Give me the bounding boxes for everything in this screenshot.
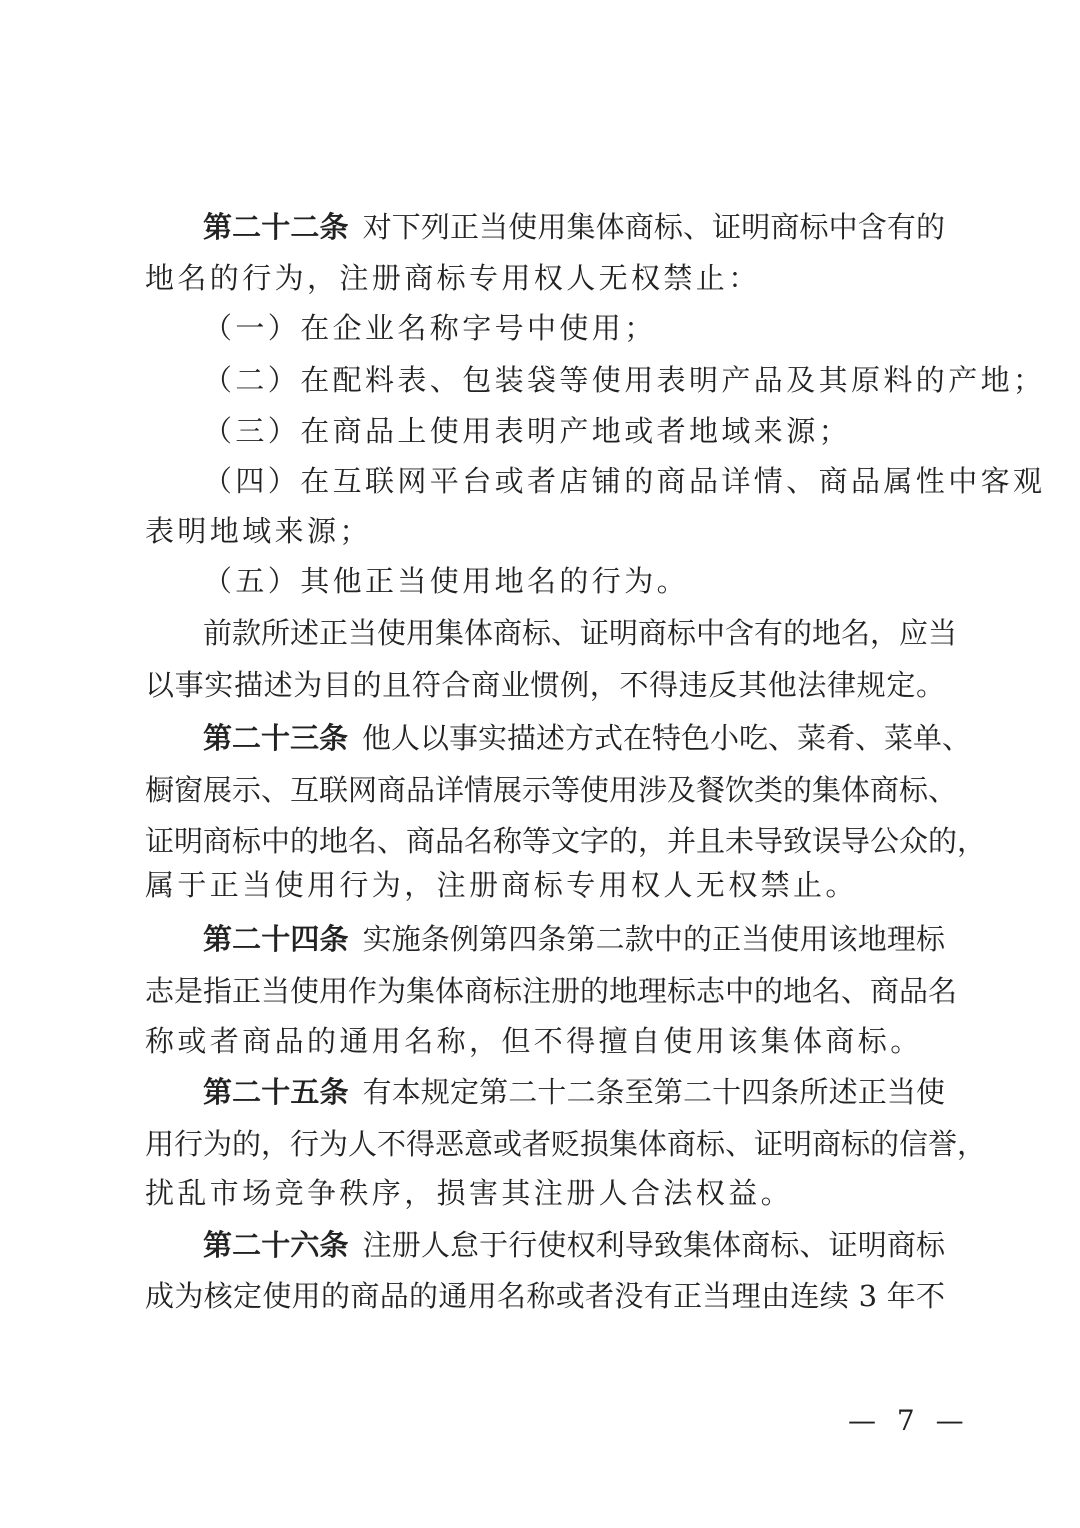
article-text: 对下列正当使用集体商标、证明商标中含有的 xyxy=(363,210,945,244)
article-22-line-1: 第二十二条对下列正当使用集体商标、证明商标中含有的 xyxy=(203,207,945,247)
article-number: 第二十五条 xyxy=(203,1075,349,1109)
article-number: 第二十二条 xyxy=(203,210,349,244)
article-text: 注册人怠于行使权利导致集体商标、证明商标 xyxy=(363,1228,945,1262)
list-marker: （三） xyxy=(203,414,300,448)
article-text: 他人以事实描述方式在特色小吃、菜肴、菜单、 xyxy=(362,721,971,755)
article-23-line-4: 属于正当使用行为，注册商标专用权人无权禁止。 xyxy=(145,865,945,905)
article-number: 第二十三条 xyxy=(203,721,348,755)
article-25-line-2: 用行为的，行为人不得恶意或者贬损集体商标、证明商标的信誉， xyxy=(145,1124,945,1164)
document-page: 第二十二条对下列正当使用集体商标、证明商标中含有的 地名的行为，注册商标专用权人… xyxy=(0,0,1080,1528)
list-item-1: （一）在企业名称字号中使用； xyxy=(203,308,945,348)
list-marker: （四） xyxy=(203,464,300,498)
paragraph-line-2: 以事实描述为目的且符合商业惯例，不得违反其他法律规定。 xyxy=(145,665,945,705)
page-number: — 7 — xyxy=(848,1404,970,1437)
list-marker: （一） xyxy=(203,311,300,345)
article-22-line-2: 地名的行为，注册商标专用权人无权禁止： xyxy=(145,258,945,298)
article-25-line-1: 第二十五条有本规定第二十二条至第二十四条所述正当使 xyxy=(203,1072,945,1112)
article-24-line-2: 志是指正当使用作为集体商标注册的地理标志中的地名、商品名 xyxy=(145,971,945,1011)
article-text: 实施条例第四条第二款中的正当使用该地理标 xyxy=(363,922,945,956)
article-26-line-2: 成为核定使用的商品的通用名称或者没有正当理由连续 3 年不 xyxy=(145,1276,945,1316)
article-number: 第二十四条 xyxy=(203,922,349,956)
article-23-line-3: 证明商标中的地名、商品名称等文字的，并且未导致误导公众的， xyxy=(145,821,945,861)
list-item-2: （二）在配料表、包装袋等使用表明产品及其原料的产地； xyxy=(203,360,945,400)
list-item-4: （四）在互联网平台或者店铺的商品详情、商品属性中客观 xyxy=(203,461,945,501)
list-item-5: （五）其他正当使用地名的行为。 xyxy=(203,561,945,601)
list-text: 在企业名称字号中使用； xyxy=(300,311,656,345)
article-26-line-1: 第二十六条注册人怠于行使权利导致集体商标、证明商标 xyxy=(203,1225,945,1265)
article-24-line-3: 称或者商品的通用名称，但不得擅自使用该集体商标。 xyxy=(145,1021,945,1061)
paragraph-line-1: 前款所述正当使用集体商标、证明商标中含有的地名，应当 xyxy=(203,613,945,653)
article-text: 有本规定第二十二条至第二十四条所述正当使 xyxy=(363,1075,945,1109)
list-item-3: （三）在商品上使用表明产地或者地域来源； xyxy=(203,411,945,451)
list-marker: （五） xyxy=(203,564,300,598)
article-25-line-3: 扰乱市场竞争秩序，损害其注册人合法权益。 xyxy=(145,1173,945,1213)
list-marker: （二） xyxy=(203,363,300,397)
list-item-4-continuation: 表明地域来源； xyxy=(145,511,945,551)
article-number: 第二十六条 xyxy=(203,1228,349,1262)
article-23-line-1: 第二十三条他人以事实描述方式在特色小吃、菜肴、菜单、 xyxy=(203,718,945,758)
list-text: 在互联网平台或者店铺的商品详情、商品属性中客观 xyxy=(300,464,1045,498)
article-24-line-1: 第二十四条实施条例第四条第二款中的正当使用该地理标 xyxy=(203,919,945,959)
list-text: 在商品上使用表明产地或者地域来源； xyxy=(300,414,851,448)
list-text: 在配料表、包装袋等使用表明产品及其原料的产地； xyxy=(300,363,1045,397)
article-23-line-2: 橱窗展示、互联网商品详情展示等使用涉及餐饮类的集体商标、 xyxy=(145,770,945,810)
list-text: 其他正当使用地名的行为。 xyxy=(300,564,689,598)
